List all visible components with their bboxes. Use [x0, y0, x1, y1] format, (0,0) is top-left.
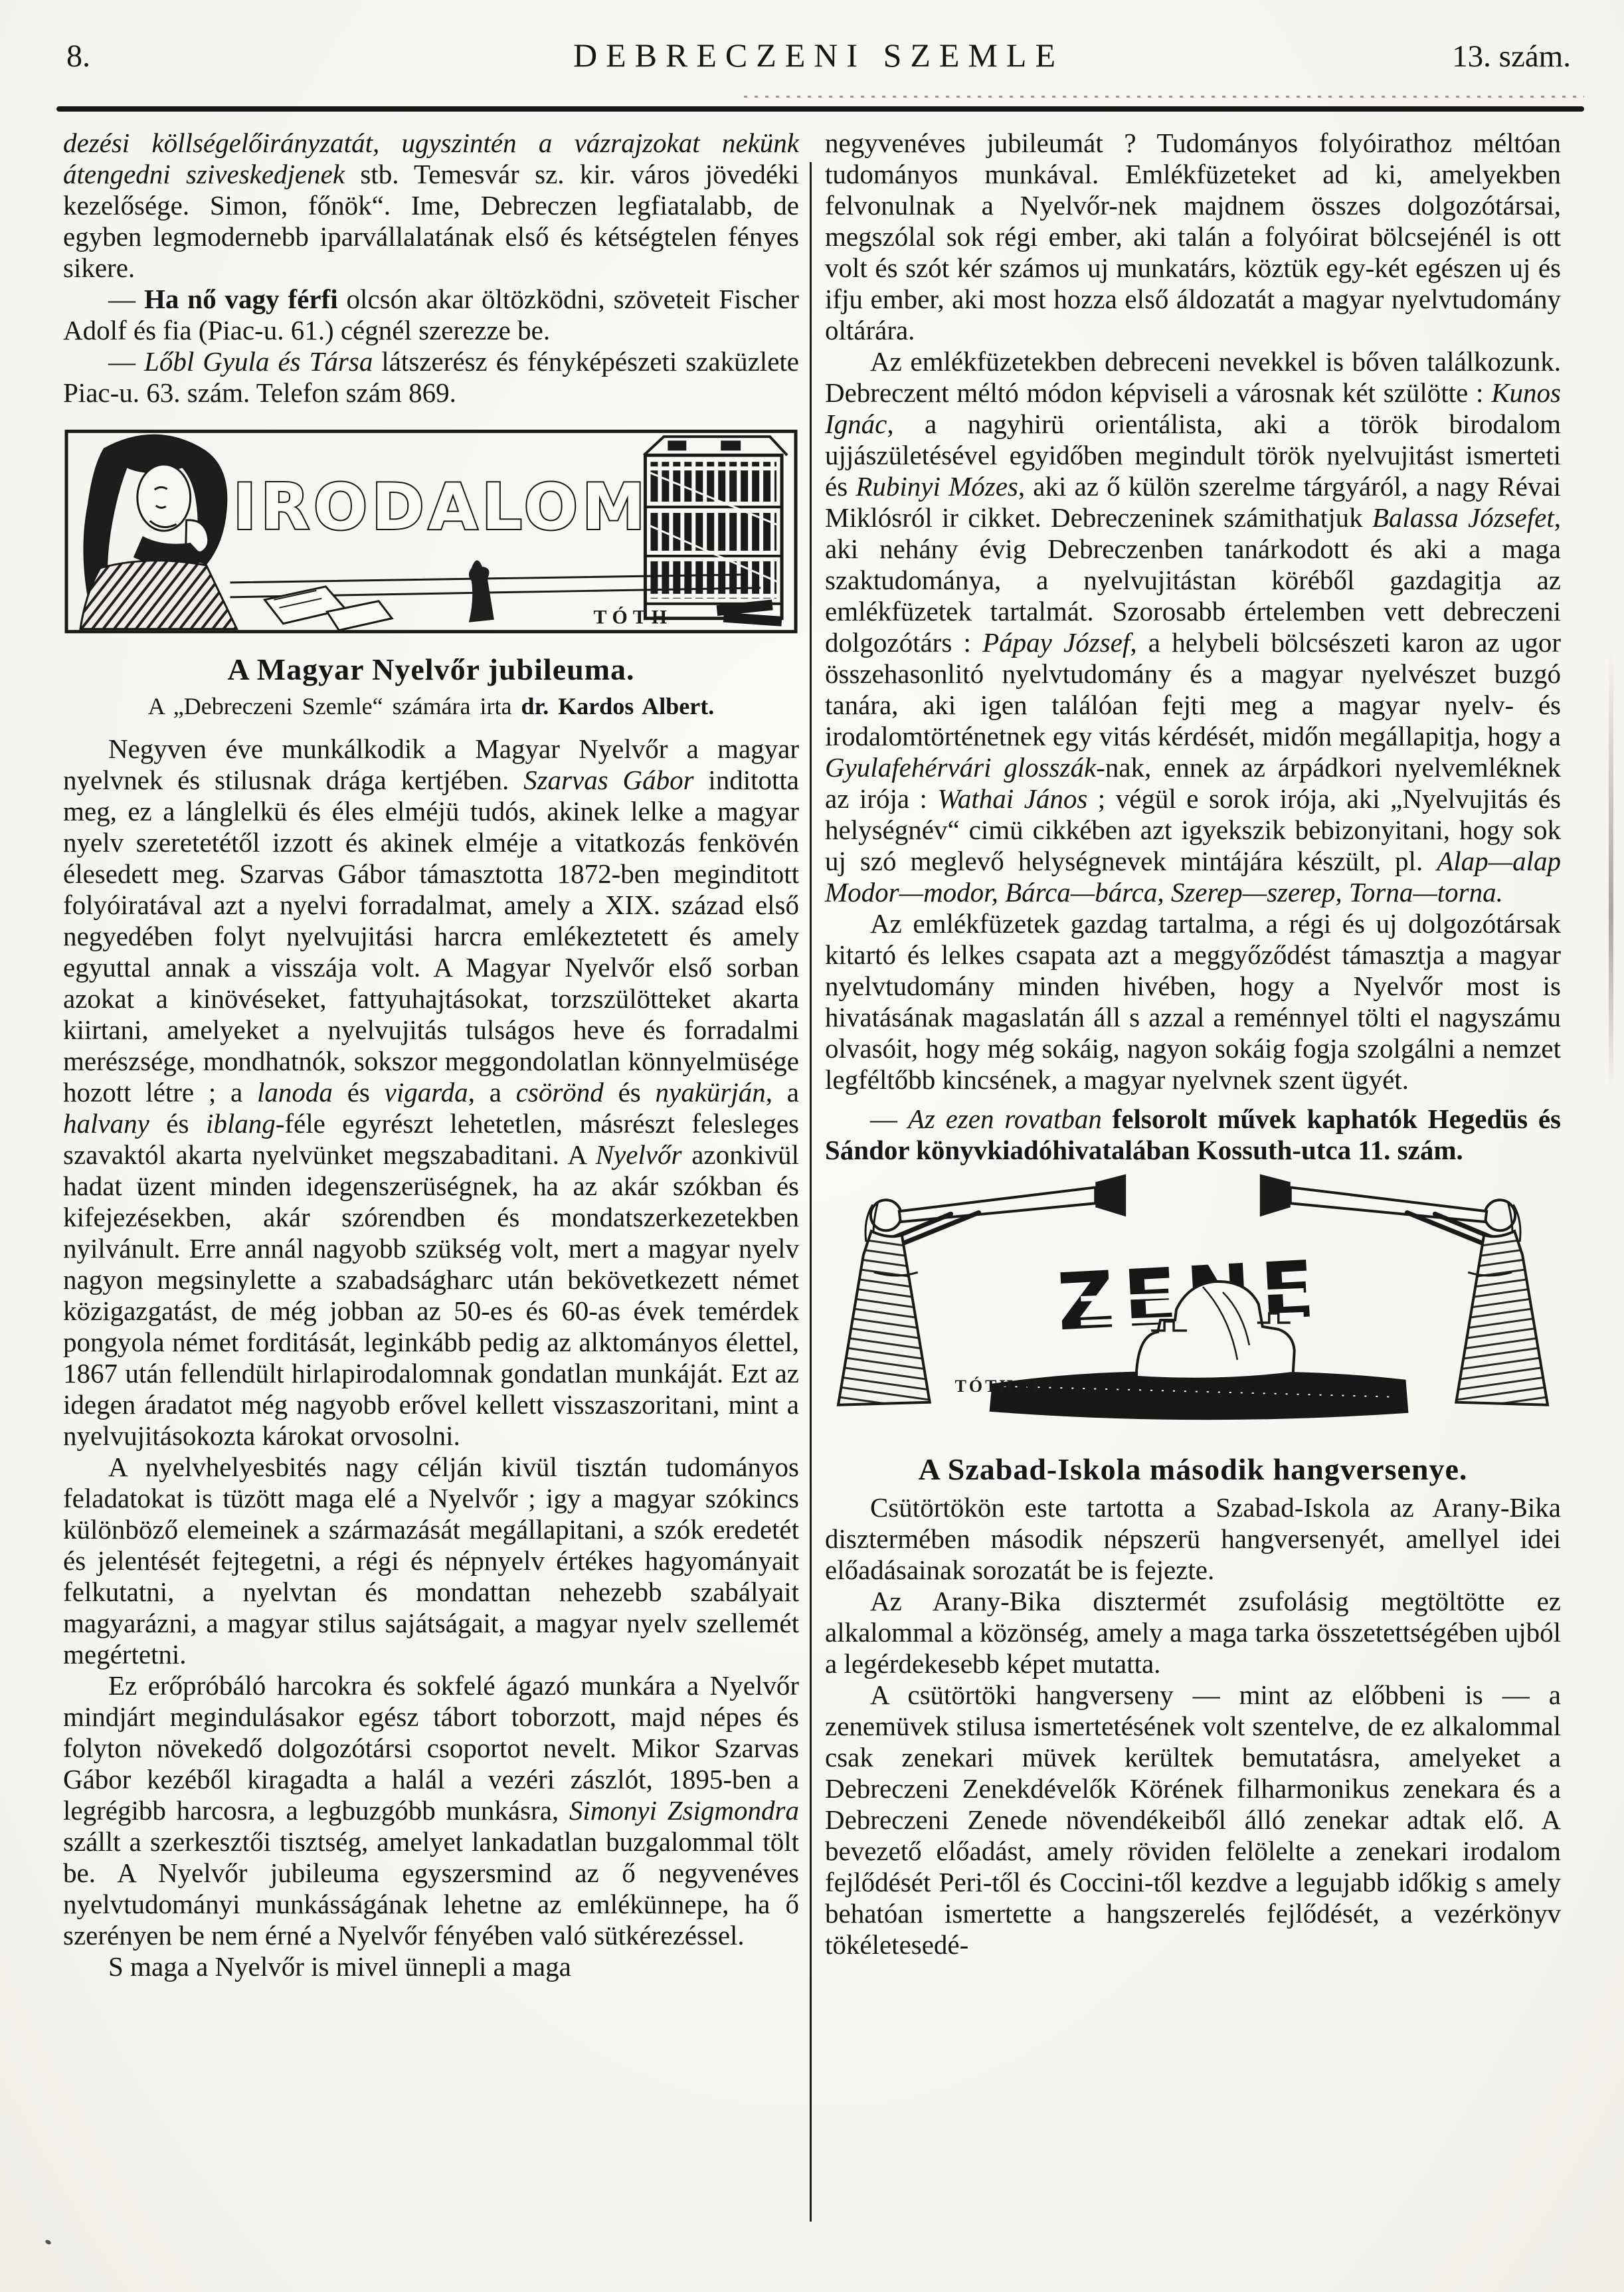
continued-paragraph: negyvenéves jubileumát ? Tudományos foly…: [825, 128, 1561, 346]
writer-figure: [80, 435, 237, 629]
page-number: 8.: [66, 38, 573, 74]
monument: [990, 1282, 1409, 1420]
classified-ad-fischer: — Ha nő vagy férfi olcsón akar öltözködn…: [63, 284, 799, 346]
body-paragraph: Negyven éve munkálkodik a Magyar Nyelvőr…: [63, 733, 799, 1452]
scan-dot-artifact: [45, 2239, 52, 2245]
body-paragraph: A csütörtöki hangverseny — mint az előbb…: [825, 1679, 1561, 1960]
text-columns: dezési köllségelőirányzatát, ugyszintén …: [63, 128, 1561, 2280]
newspaper-title: DEBRECZENI SZEMLE: [573, 36, 1064, 74]
artist-signature: TÓTH M.: [955, 1377, 1048, 1396]
artist-signature: TÓTH: [594, 607, 672, 628]
body-paragraph: Csütörtökön este tartotta a Szabad-Iskol…: [825, 1492, 1561, 1586]
publisher-notice: — Az ezen rovatban felsorolt művek kapha…: [825, 1103, 1561, 1166]
newspaper-page: 8. DEBRECZENI SZEMLE 13. szám. dezési kö…: [0, 0, 1624, 2292]
body-paragraph: Az emlékfüzetek gazdag tartalma, a régi …: [825, 908, 1561, 1096]
body-paragraph: A nyelvhelyesbités nagy célján kivül tis…: [63, 1452, 799, 1670]
inkstand-icon: [469, 560, 494, 622]
article-title: A Magyar Nyelvőr jubileuma.: [63, 652, 799, 687]
body-paragraph: S maga a Nyelvőr is mivel ünnepli a maga: [63, 1951, 799, 1982]
issue-number: 13. szám.: [1064, 39, 1571, 74]
irodalom-caption: IRODALOM: [233, 470, 650, 544]
body-paragraph: Az emlékfüzetekben debreceni nevekkel is…: [825, 346, 1561, 908]
article-byline: A „Debreczeni Szemle“ számára irta dr. K…: [63, 692, 799, 720]
zene-illustration: ZENE TÓTH M.: [825, 1173, 1561, 1438]
body-paragraph: Az Arany-Bika disztermét zsufolásig megt…: [825, 1586, 1561, 1679]
column-divider: [810, 162, 812, 2222]
right-column: negyvenéves jubileumát ? Tudományos foly…: [825, 128, 1561, 1960]
page-header: 8. DEBRECZENI SZEMLE 13. szám.: [66, 36, 1571, 74]
body-paragraph: Ez erőpróbáló harcokra és sokfelé ágazó …: [63, 1670, 799, 1951]
continued-paragraph: dezési köllségelőirányzatát, ugyszintén …: [63, 128, 799, 284]
article-title: A Szabad-Iskola második hangversenye.: [825, 1452, 1561, 1487]
bookshelf-illustration: [644, 436, 787, 626]
scan-streak-artifact: [1609, 651, 1613, 1090]
left-column: dezési köllségelőirányzatát, ugyszintén …: [63, 128, 799, 1982]
irodalom-illustration: IRODALOM TÓTH: [63, 426, 799, 638]
classified-ad-lobl: — Lőbl Gyula és Társa látszerész és fény…: [63, 346, 799, 409]
header-rule: [56, 106, 1584, 112]
